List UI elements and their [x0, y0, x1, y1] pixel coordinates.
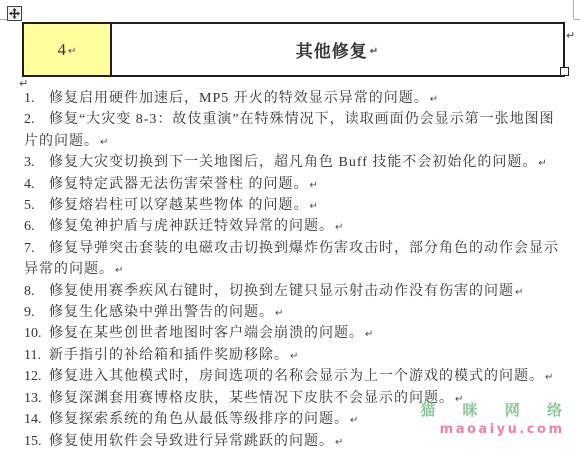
paragraph-mark: ↵ — [515, 287, 524, 298]
list-item-number: 6. — [24, 216, 49, 237]
list-item-text: 新手指引的补给箱和插件奖励移除。 — [49, 348, 289, 363]
list-item-number: 3. — [24, 152, 49, 173]
fix-list-item: 6.修复兔神护盾与虎神跃迁特效异常的问题。↵ — [24, 216, 565, 237]
paragraph-mark: ↵ — [430, 94, 439, 105]
list-item-number: 1. — [24, 88, 49, 109]
fix-list-item: 7.修复导弹突击套装的电磁攻击切换到爆炸伤害攻击时，部分角色的动作会显示异常的问… — [24, 238, 565, 281]
fix-list-item: 8.修复使用赛季疾风右键时，切换到左键只显示射击动作没有伤害的问题↵ — [24, 281, 565, 302]
list-item-number: 4. — [24, 174, 49, 195]
list-item-text: 修复深渊套用赛博格皮肤，某些情况下皮肤不会显示的问题。 — [49, 391, 454, 406]
paragraph-mark: ↵ — [370, 47, 379, 57]
list-item-number: 11. — [24, 345, 49, 366]
fix-list-item: 9.修复生化感染中弹出警告的问题。↵ — [24, 302, 565, 323]
watermark: 猫 咪 网 络 maoaiyu.com — [420, 399, 562, 437]
paragraph-mark: ↵ — [290, 351, 299, 362]
row-end-paragraph-mark: ↵ — [566, 30, 575, 41]
fix-list-item: 5.修复熔岩柱可以穿越某些物体 的问题。↵ — [24, 195, 565, 216]
fix-list: 1.修复启用硬件加速后，MP5 开火的特效显示异常的问题。↵ 2.修复“大灾变 … — [24, 88, 565, 452]
list-item-number: 9. — [24, 302, 49, 323]
list-item-number: 15. — [24, 431, 49, 452]
list-item-number: 7. — [24, 238, 49, 259]
list-item-text: 修复大灾变切换到下一关地图后，超凡角色 Buff 技能不会初始化的问题。 — [49, 155, 537, 170]
list-item-text: 修复导弹突击套装的电磁攻击切换到爆炸伤害攻击时，部分角色的动作会显示异常的问题。 — [24, 241, 559, 277]
list-item-number: 13. — [24, 388, 49, 409]
list-item-text: 修复熔岩柱可以穿越某些物体 的问题。 — [49, 198, 309, 213]
list-item-text: 修复兔神护盾与虎神跃迁特效异常的问题。 — [49, 219, 334, 234]
table-move-handle[interactable] — [7, 6, 22, 21]
document-page: 4↵ 其他修复↵ ↵ ↵ 1.修复启用硬件加速后，MP5 开火的特效显示异常的问… — [0, 0, 580, 452]
fix-list-item: 10.修复在某些创世者地图时客户端会崩溃的问题。↵ — [24, 323, 565, 344]
list-item-text: 修复在某些创世者地图时客户端会崩溃的问题。 — [49, 326, 364, 341]
paragraph-mark: ↵ — [545, 372, 554, 383]
paragraph-mark: ↵ — [310, 201, 319, 212]
table-resize-handle[interactable] — [560, 67, 569, 76]
section-number: 4 — [58, 40, 67, 60]
fix-list-item: 4.修复特定武器无法伤害荣誉柱 的问题。↵ — [24, 174, 565, 195]
right-margin-boundary-mark — [574, 19, 580, 20]
section-title-cell[interactable]: 其他修复↵ — [112, 24, 563, 75]
fix-list-item: 2.修复“大灾变 8-3：故伎重演”在特殊情况下，读取画面仍会显示第一张地图图片… — [24, 109, 565, 152]
section-number-cell[interactable]: 4↵ — [24, 24, 112, 75]
watermark-site-url: maoaiyu.com — [420, 422, 564, 437]
section-title: 其他修复 — [296, 37, 368, 62]
fix-list-item: 12.修复进入其他模式时，房间选项的名称会显示为上一个游戏的模式的问题。↵ — [24, 366, 565, 387]
fix-list-item: 3.修复大灾变切换到下一关地图后，超凡角色 Buff 技能不会初始化的问题。↵ — [24, 152, 565, 173]
list-item-text: 修复探索系统的角色从最低等级排序的问题。 — [49, 412, 349, 427]
fix-list-item: 11.新手指引的补给箱和插件奖励移除。↵ — [24, 345, 565, 366]
right-margin-boundary-mark — [573, 0, 574, 19]
list-item-number: 10. — [24, 323, 49, 344]
paragraph-mark: ↵ — [310, 180, 319, 191]
section-header-table: 4↵ 其他修复↵ — [22, 22, 565, 77]
list-item-number: 2. — [24, 109, 49, 130]
paragraph-mark: ↵ — [350, 415, 359, 426]
list-item-text: 修复使用软件会导致进行异常跳跃的问题。 — [49, 434, 334, 449]
watermark-site-name: 猫 咪 网 络 — [420, 399, 573, 420]
paragraph-mark: ↵ — [365, 329, 374, 340]
list-item-number: 8. — [24, 281, 49, 302]
paragraph-mark: ↵ — [335, 437, 344, 448]
list-item-text: 修复使用赛季疾风右键时，切换到左键只显示射击动作没有伤害的问题 — [49, 284, 514, 299]
paragraph-mark: ↵ — [115, 265, 124, 276]
list-item-number: 5. — [24, 195, 49, 216]
list-item-number: 14. — [24, 409, 49, 430]
list-item-text: 修复生化感染中弹出警告的问题。 — [49, 305, 274, 320]
paragraph-mark: ↵ — [335, 222, 344, 233]
list-item-text: 修复启用硬件加速后，MP5 开火的特效显示异常的问题。 — [49, 91, 429, 106]
move-arrows-icon — [9, 8, 20, 19]
fix-list-item: 1.修复启用硬件加速后，MP5 开火的特效显示异常的问题。↵ — [24, 88, 565, 109]
paragraph-mark: ↵ — [100, 137, 109, 148]
list-item-text: 修复特定武器无法伤害荣誉柱 的问题。 — [49, 177, 309, 192]
paragraph-mark: ↵ — [275, 308, 284, 319]
paragraph-mark: ↵ — [538, 158, 547, 169]
paragraph-mark: ↵ — [68, 47, 76, 57]
list-item-text: 修复进入其他模式时，房间选项的名称会显示为上一个游戏的模式的问题。 — [49, 369, 544, 384]
list-item-number: 12. — [24, 366, 49, 387]
